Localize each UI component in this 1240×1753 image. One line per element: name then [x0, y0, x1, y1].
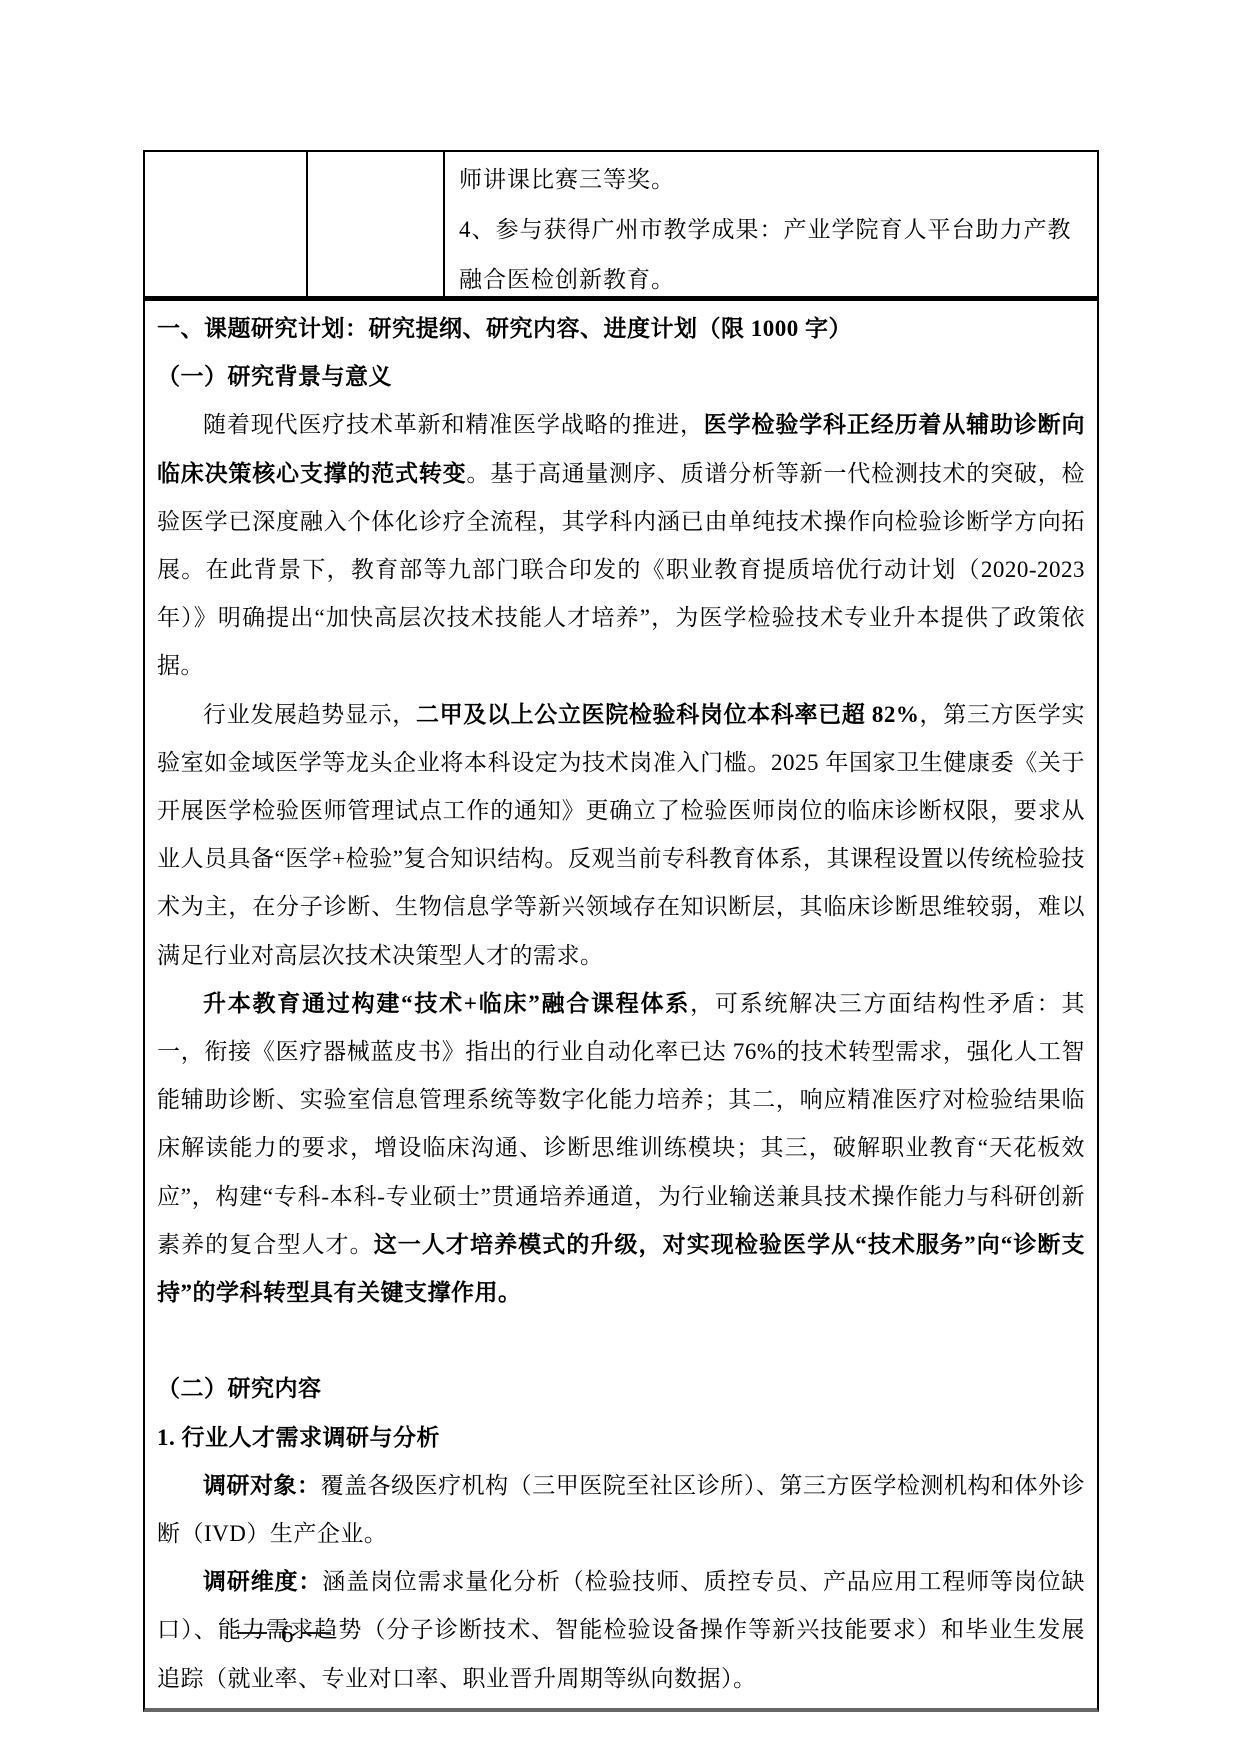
- subsection-heading: （一）研究背景与意义: [157, 353, 1085, 401]
- bold-text-run: 调研维度：: [203, 1569, 322, 1594]
- paragraph: 调研对象：覆盖各级医疗机构（三甲医院至社区诊所）、第三方医学检测机构和体外诊断（…: [157, 1462, 1085, 1558]
- achievement-line-3: 融合医检创新教育。: [459, 255, 1087, 296]
- bold-text-run: 升本教育通过构建“技术+临床”融合课程体系: [203, 991, 690, 1016]
- text-run: 随着现代医疗技术革新和精准医学战略的推进，: [203, 412, 704, 437]
- document-page: 师讲课比赛三等奖。 4、参与获得广州市教学成果：产业学院育人平台助力产教 融合医…: [0, 0, 1240, 1753]
- paragraph: 升本教育通过构建“技术+临床”融合课程体系，可系统解决三方面结构性矛盾：其一，衔…: [157, 980, 1085, 1317]
- section-body: （一）研究背景与意义随着现代医疗技术革新和精准医学战略的推进，医学检验学科正经历…: [157, 353, 1085, 1703]
- research-plan-section: 一、课题研究计划：研究提纲、研究内容、进度计划（限 1000 字） （一）研究背…: [143, 296, 1099, 1712]
- text-run: 。基于高通量测序、质谱分析等新一代检测技术的突破，检验医学已深度融入个体化诊疗全…: [157, 461, 1085, 679]
- achievement-line-2: 4、参与获得广州市教学成果：产业学院育人平台助力产教: [459, 205, 1087, 255]
- paragraph: 随着现代医疗技术革新和精准医学战略的推进，医学检验学科正经历着从辅助诊断向临床决…: [157, 401, 1085, 690]
- bold-text-run: 二甲及以上公立医院检验科岗位本科率已超 82%: [416, 702, 919, 727]
- table-cell-empty-2: [308, 152, 445, 296]
- subsection-heading: 1. 行业人才需求调研与分析: [157, 1414, 1085, 1462]
- table-continuation-row: 师讲课比赛三等奖。 4、参与获得广州市教学成果：产业学院育人平台助力产教 融合医…: [143, 150, 1099, 296]
- page-number: 6: [281, 1621, 294, 1648]
- achievement-line-1: 师讲课比赛三等奖。: [459, 155, 1087, 205]
- section-heading: 一、课题研究计划：研究提纲、研究内容、进度计划（限 1000 字）: [157, 305, 1085, 353]
- page-number-dash-right: [301, 1632, 331, 1634]
- text-run: 行业发展趋势显示，: [203, 702, 416, 727]
- text-run: ，第三方医学实验室如金域医学等龙头企业将本科设定为技术岗准入门槛。2025 年国…: [157, 702, 1085, 968]
- table-cell-empty-1: [145, 152, 308, 296]
- application-form-table: 师讲课比赛三等奖。 4、参与获得广州市教学成果：产业学院育人平台助力产教 融合医…: [143, 150, 1099, 1712]
- table-cell-achievements: 师讲课比赛三等奖。 4、参与获得广州市教学成果：产业学院育人平台助力产教 融合医…: [445, 152, 1097, 296]
- page-number-dash-left: [237, 1632, 267, 1634]
- bold-text-run: 调研对象：: [203, 1473, 321, 1498]
- blank-line: [157, 1317, 1085, 1365]
- text-run: ，可系统解决三方面结构性矛盾：其一，衔接《医疗器械蓝皮书》指出的行业自动化率已达…: [157, 991, 1085, 1257]
- paragraph: 调研维度：涵盖岗位需求量化分析（检验技师、质控专员、产品应用工程师等岗位缺口）、…: [157, 1558, 1085, 1703]
- subsection-heading: （二）研究内容: [157, 1365, 1085, 1413]
- paragraph: 行业发展趋势显示，二甲及以上公立医院检验科岗位本科率已超 82%，第三方医学实验…: [157, 691, 1085, 980]
